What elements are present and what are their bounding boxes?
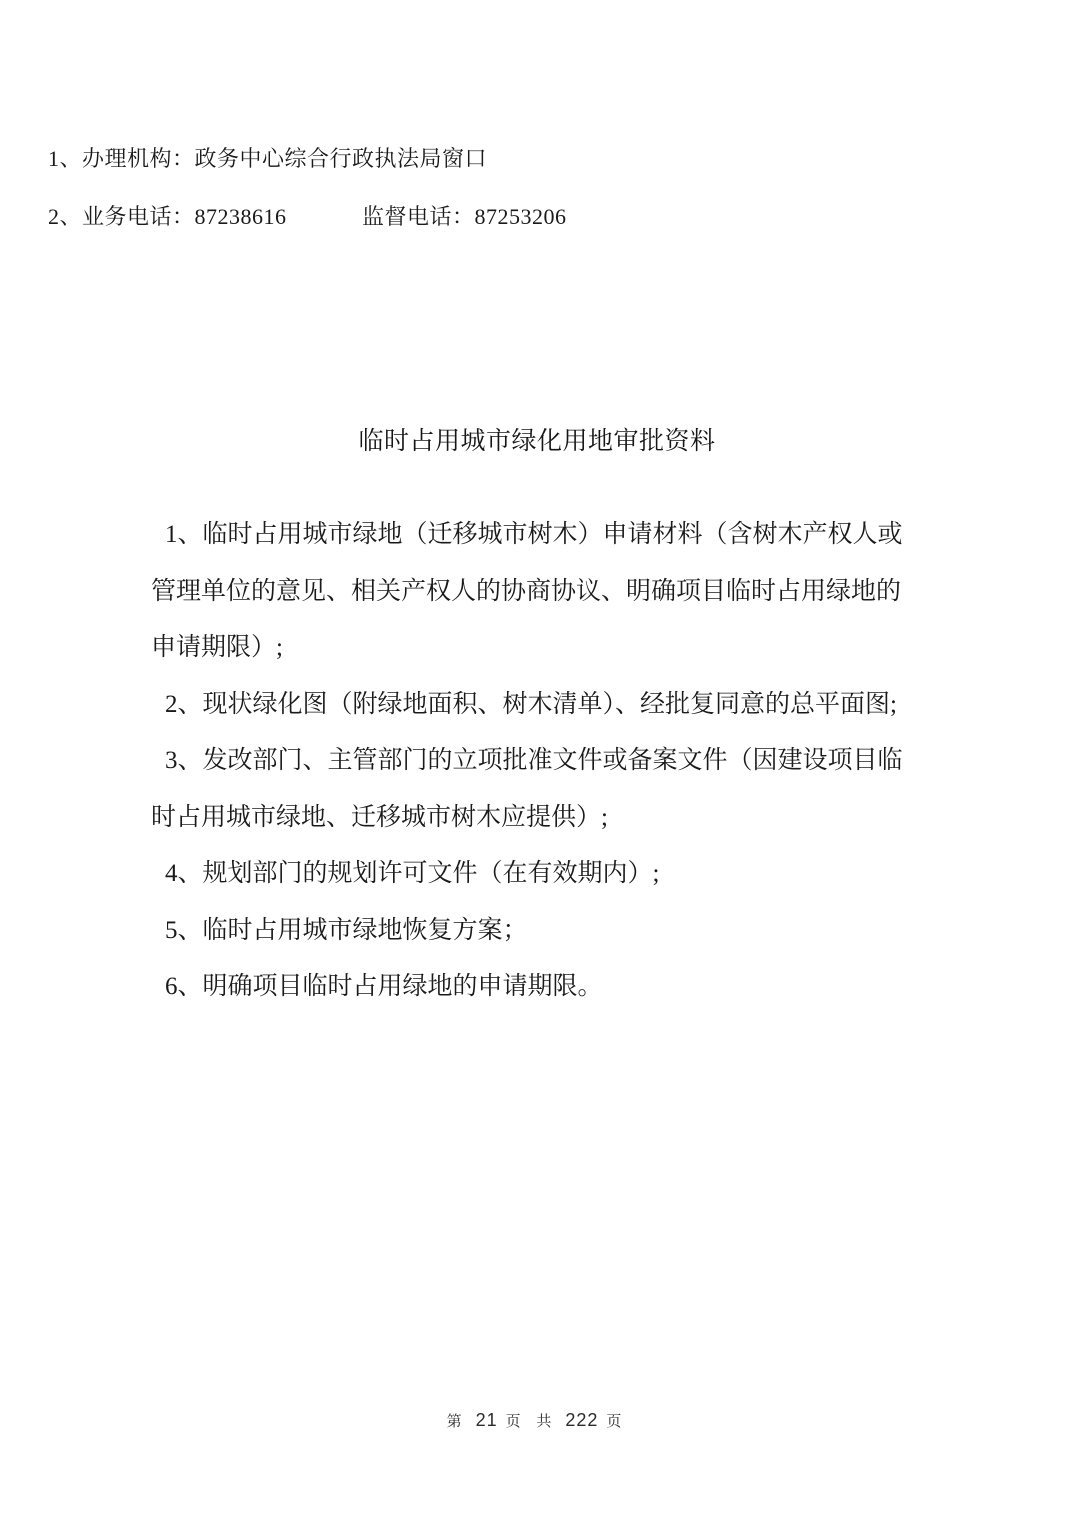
footer-label-pages: 页	[606, 1414, 627, 1430]
footer-label-page: 第	[447, 1414, 468, 1430]
page-number-footer: 第21页 共222页	[0, 1410, 1074, 1431]
list-item-line: 3、发改部门、主管部门的立项批准文件或备案文件（因建设项目临	[151, 733, 921, 790]
list-item-line: 1、临时占用城市绿地（迁移城市树木）申请材料（含树木产权人或	[151, 507, 921, 564]
list-item-line: 管理单位的意见、相关产权人的协商协议、明确项目临时占用绿地的	[151, 564, 921, 621]
footer-label-of: 页 共	[506, 1414, 558, 1430]
supervision-phone: 监督电话：87253206	[362, 200, 567, 231]
handling-agency-line: 1、办理机构：政务中心综合行政执法局窗口	[48, 142, 487, 173]
phone-numbers-line: 2、业务电话：87238616 监督电话：87253206	[0, 200, 1074, 230]
page-title: 临时占用城市绿化用地审批资料	[0, 421, 1074, 457]
list-item-line: 时占用城市绿地、迁移城市树木应提供）;	[151, 790, 921, 847]
list-item-line: 2、现状绿化图（附绿地面积、树木清单）、经批复同意的总平面图;	[151, 677, 921, 734]
list-item-line: 5、临时占用城市绿地恢复方案；	[151, 903, 921, 960]
requirements-list: 1、临时占用城市绿地（迁移城市树木）申请材料（含树木产权人或 管理单位的意见、相…	[151, 507, 921, 1016]
business-phone: 2、业务电话：87238616	[48, 200, 287, 231]
list-item: 2、现状绿化图（附绿地面积、树木清单）、经批复同意的总平面图;	[151, 677, 921, 734]
list-item-line: 4、规划部门的规划许可文件（在有效期内）;	[151, 846, 921, 903]
footer-total-pages: 222	[565, 1410, 598, 1430]
document-page: 1、办理机构：政务中心综合行政执法局窗口 2、业务电话：87238616 监督电…	[0, 0, 1074, 1520]
list-item: 5、临时占用城市绿地恢复方案；	[151, 903, 921, 960]
list-item: 6、明确项目临时占用绿地的申请期限。	[151, 959, 921, 1016]
list-item: 3、发改部门、主管部门的立项批准文件或备案文件（因建设项目临 时占用城市绿地、迁…	[151, 733, 921, 846]
list-item-line: 申请期限）;	[151, 620, 921, 677]
list-item: 4、规划部门的规划许可文件（在有效期内）;	[151, 846, 921, 903]
footer-current-page: 21	[476, 1410, 498, 1430]
list-item-line: 6、明确项目临时占用绿地的申请期限。	[151, 959, 921, 1016]
list-item: 1、临时占用城市绿地（迁移城市树木）申请材料（含树木产权人或 管理单位的意见、相…	[151, 507, 921, 677]
